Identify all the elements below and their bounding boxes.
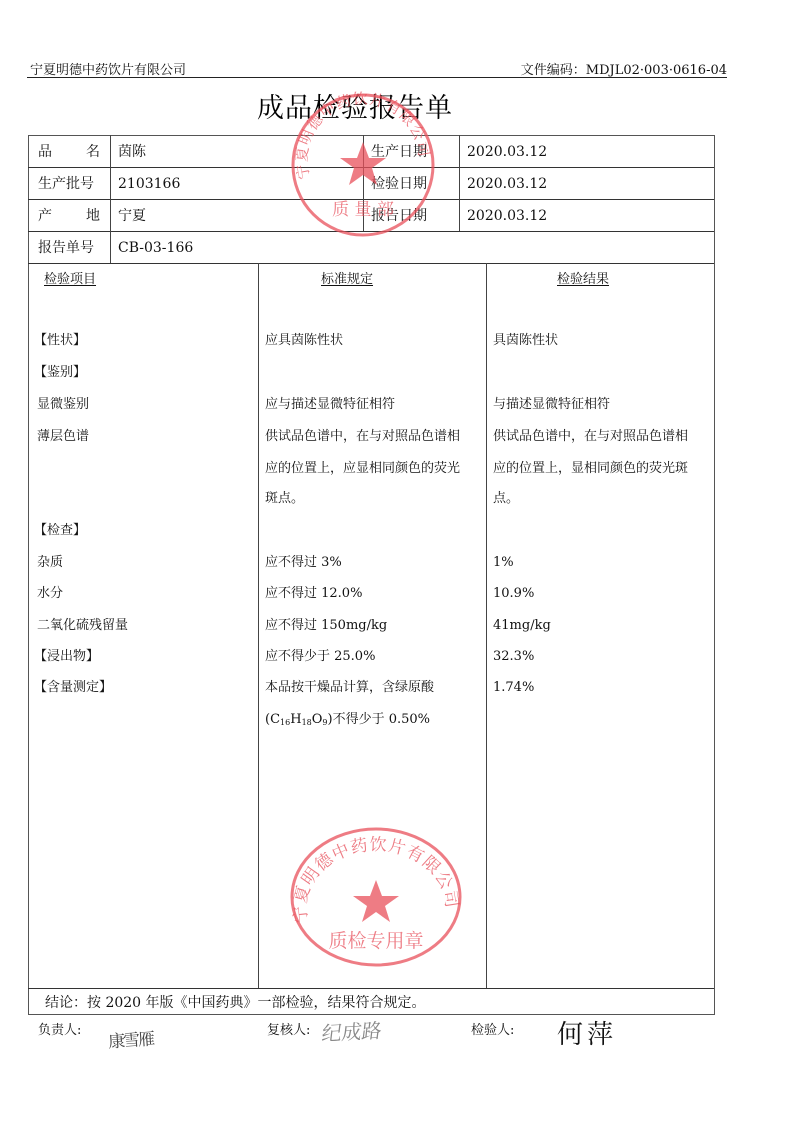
standard-tlc-line: 供试品色谱中，在与对照品色谱相 bbox=[265, 429, 460, 445]
report-number-label: 报告单号 bbox=[38, 240, 94, 256]
report-number-value: CB-03-166 bbox=[118, 240, 193, 256]
col-divider bbox=[363, 135, 364, 231]
production-date-value: 2020.03.12 bbox=[467, 144, 547, 160]
batch-value: 2103166 bbox=[118, 176, 180, 192]
production-date-label: 生产日期 bbox=[371, 144, 427, 160]
standard-assay-line1: 本品按干燥品计算，含绿原酸 bbox=[265, 680, 434, 696]
standard-microscopic: 应与描述显微特征相符 bbox=[265, 397, 395, 413]
standard-extract: 应不得少于 25.0% bbox=[265, 649, 375, 665]
formula-part: (C bbox=[265, 712, 280, 727]
label-char: 品 bbox=[38, 144, 52, 160]
company-name: 宁夏明德中药饮片有限公司 bbox=[30, 59, 186, 78]
result-extract: 32.3% bbox=[493, 649, 534, 665]
result-impurity: 1% bbox=[493, 555, 514, 571]
inspection-date-label: 检验日期 bbox=[371, 176, 427, 192]
label-char: 名 bbox=[86, 144, 100, 160]
origin-label: 产 地 bbox=[38, 208, 100, 224]
row-divider bbox=[28, 988, 714, 989]
formula-part: H bbox=[290, 712, 301, 727]
row-divider bbox=[28, 167, 714, 168]
page-title: 成品检验报告单 bbox=[0, 86, 710, 125]
item-assay: 【含量测定】 bbox=[34, 680, 112, 696]
inspection-date-value: 2020.03.12 bbox=[467, 176, 547, 192]
item-impurity: 杂质 bbox=[37, 555, 63, 571]
reviewer-signature: 纪成路 bbox=[320, 1014, 384, 1046]
col-divider bbox=[258, 263, 259, 988]
header-divider bbox=[27, 77, 727, 78]
col-divider bbox=[486, 263, 487, 988]
label-char: 产 bbox=[38, 208, 52, 224]
inspector-signature: 何萍 bbox=[557, 1014, 617, 1051]
label-char: 地 bbox=[86, 208, 100, 224]
batch-label: 生产批号 bbox=[38, 176, 94, 192]
item-extract: 【浸出物】 bbox=[34, 649, 99, 665]
column-header-standard: 标准规定 bbox=[321, 272, 373, 288]
product-name-value: 茵陈 bbox=[118, 144, 146, 160]
formula-subscript: 18 bbox=[302, 718, 312, 727]
result-moisture: 10.9% bbox=[493, 586, 534, 602]
item-appearance: 【性状】 bbox=[34, 333, 86, 349]
result-tlc-line: 供试品色谱中，在与对照品色谱相 bbox=[493, 429, 688, 445]
report-date-value: 2020.03.12 bbox=[467, 208, 547, 224]
col-divider bbox=[459, 135, 460, 231]
item-inspection: 【检查】 bbox=[34, 523, 86, 539]
column-header-result: 检验结果 bbox=[557, 272, 609, 288]
standard-so2-residue: 应不得过 150mg/kg bbox=[265, 618, 387, 634]
item-tlc: 薄层色谱 bbox=[37, 429, 89, 445]
product-name-label: 品 名 bbox=[38, 144, 100, 160]
standard-tlc-line: 斑点。 bbox=[265, 491, 304, 507]
inspector-label: 检验人: bbox=[471, 1019, 514, 1038]
responsible-label: 负责人: bbox=[38, 1019, 81, 1038]
result-appearance: 具茵陈性状 bbox=[493, 333, 558, 349]
reviewer-label: 复核人: bbox=[267, 1019, 310, 1038]
formula-subscript: 16 bbox=[280, 718, 290, 727]
document-code: 文件编码：MDJL02·003·0616-04 bbox=[521, 59, 727, 78]
report-table bbox=[28, 135, 715, 1015]
item-identification: 【鉴别】 bbox=[34, 365, 86, 381]
result-tlc-line: 应的位置上，显相同颜色的荧光斑 bbox=[493, 461, 688, 477]
formula-part: O bbox=[312, 712, 323, 727]
responsible-signature: 康雪雁 bbox=[107, 1024, 154, 1052]
result-assay: 1.74% bbox=[493, 680, 534, 696]
formula-rest: 不得少于 0.50% bbox=[333, 712, 430, 727]
conclusion: 结论：按 2020 年版《中国药典》一部检验，结果符合规定。 bbox=[45, 995, 426, 1011]
item-so2-residue: 二氧化硫残留量 bbox=[37, 618, 128, 634]
result-tlc-line: 点。 bbox=[493, 491, 519, 507]
row-divider bbox=[28, 199, 714, 200]
standard-tlc-line: 应的位置上，应显相同颜色的荧光 bbox=[265, 461, 460, 477]
row-divider bbox=[28, 263, 714, 264]
standard-moisture: 应不得过 12.0% bbox=[265, 586, 362, 602]
standard-appearance: 应具茵陈性状 bbox=[265, 333, 343, 349]
origin-value: 宁夏 bbox=[118, 208, 146, 224]
report-date-label: 报告日期 bbox=[371, 208, 427, 224]
column-header-item: 检验项目 bbox=[44, 272, 96, 288]
row-divider bbox=[28, 231, 714, 232]
result-so2-residue: 41mg/kg bbox=[493, 618, 551, 634]
item-microscopic: 显微鉴别 bbox=[37, 397, 89, 413]
standard-assay-line2: (C16H18O9)不得少于 0.50% bbox=[265, 712, 430, 731]
col-divider bbox=[110, 135, 111, 263]
result-microscopic: 与描述显微特征相符 bbox=[493, 397, 610, 413]
item-moisture: 水分 bbox=[37, 586, 63, 602]
standard-impurity: 应不得过 3% bbox=[265, 555, 342, 571]
